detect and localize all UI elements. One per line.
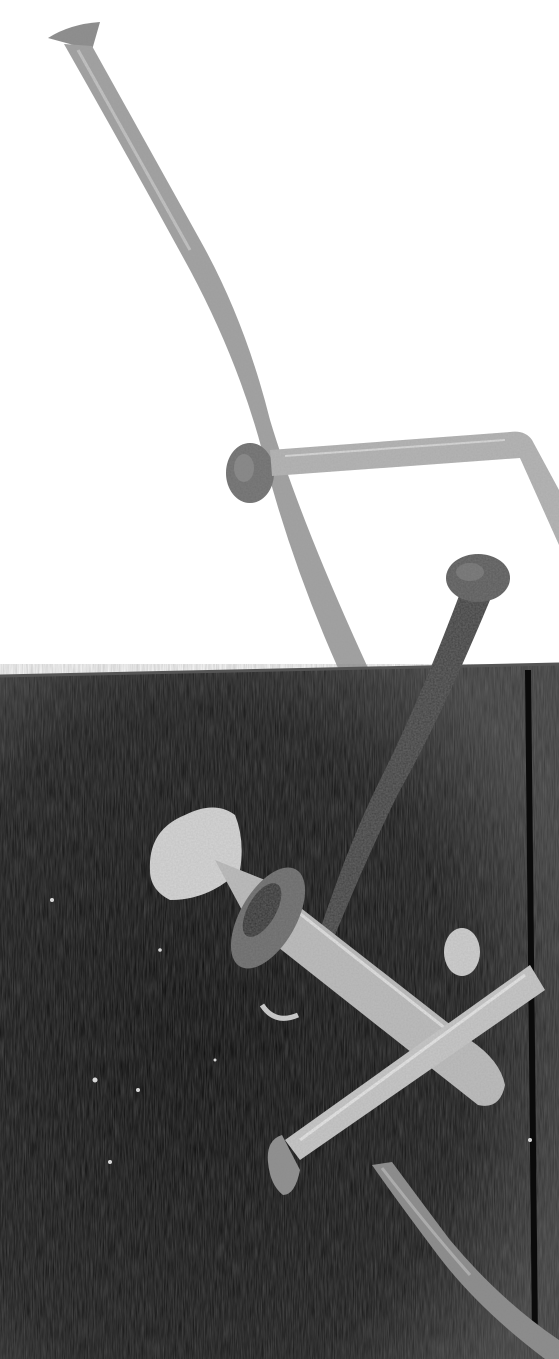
nails-photograph — [0, 0, 559, 1359]
